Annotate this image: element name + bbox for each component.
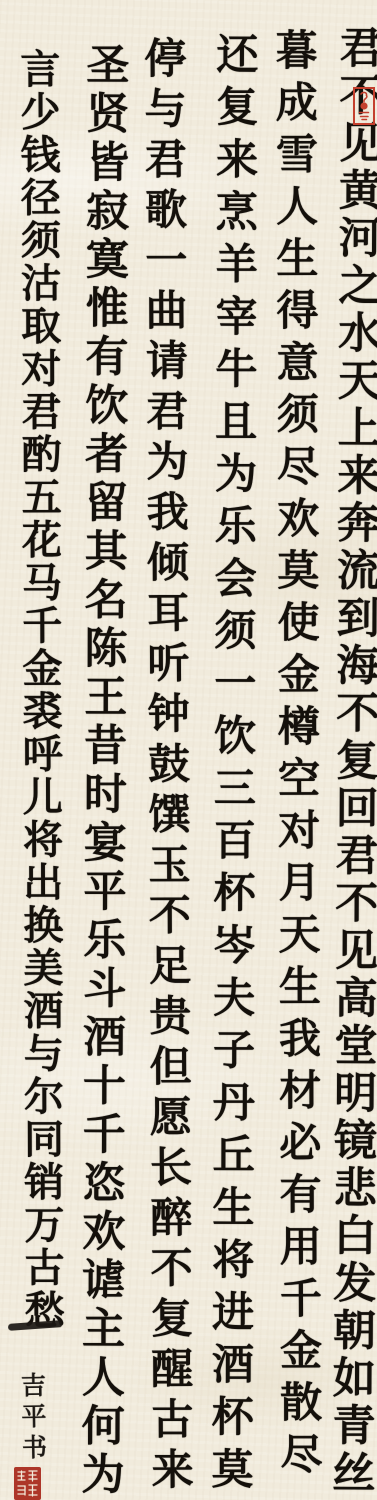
calligraphy-column-2: 暮成雪人生得意须尽欢莫使金樽空对月天生我材必有用千金散尽	[272, 28, 319, 1484]
artist-signature: 吉平书	[19, 1372, 46, 1465]
calligraphy-column-4: 停与君歌一曲请君为我倾耳听钟鼓馔玉不足贵但愿长醉不复醒古来	[141, 36, 191, 1498]
artist-name-seal-icon	[14, 1467, 41, 1500]
leisure-seal-icon	[353, 87, 375, 125]
calligraphy-column-6: 言少钱径须沽取对君酌五花马千金裘呼儿将出换美酒与尔同销万古愁	[17, 48, 61, 1332]
calligraphy-column-3: 还复来烹羊宰牛且为乐会须一饮三百杯岑夫子丹丘生将进酒杯莫	[208, 32, 255, 1499]
calligraphy-scroll: 君不见黄河之水天上来奔流到海不复回君不见高堂明镜悲白发朝如青丝 暮成雪人生得意须…	[0, 0, 377, 1500]
calligraphy-text-block: 君不见黄河之水天上来奔流到海不复回君不见高堂明镜悲白发朝如青丝 暮成雪人生得意须…	[0, 0, 377, 1500]
calligraphy-column-5: 圣贤皆寂寞惟有饮者留其名陈王昔时宴平乐斗酒十千恣欢谑主人何为	[77, 42, 125, 1500]
calligraphy-column-1: 君不见黄河之水天上来奔流到海不复回君不见高堂明镜悲白发朝如青丝	[328, 25, 377, 1498]
